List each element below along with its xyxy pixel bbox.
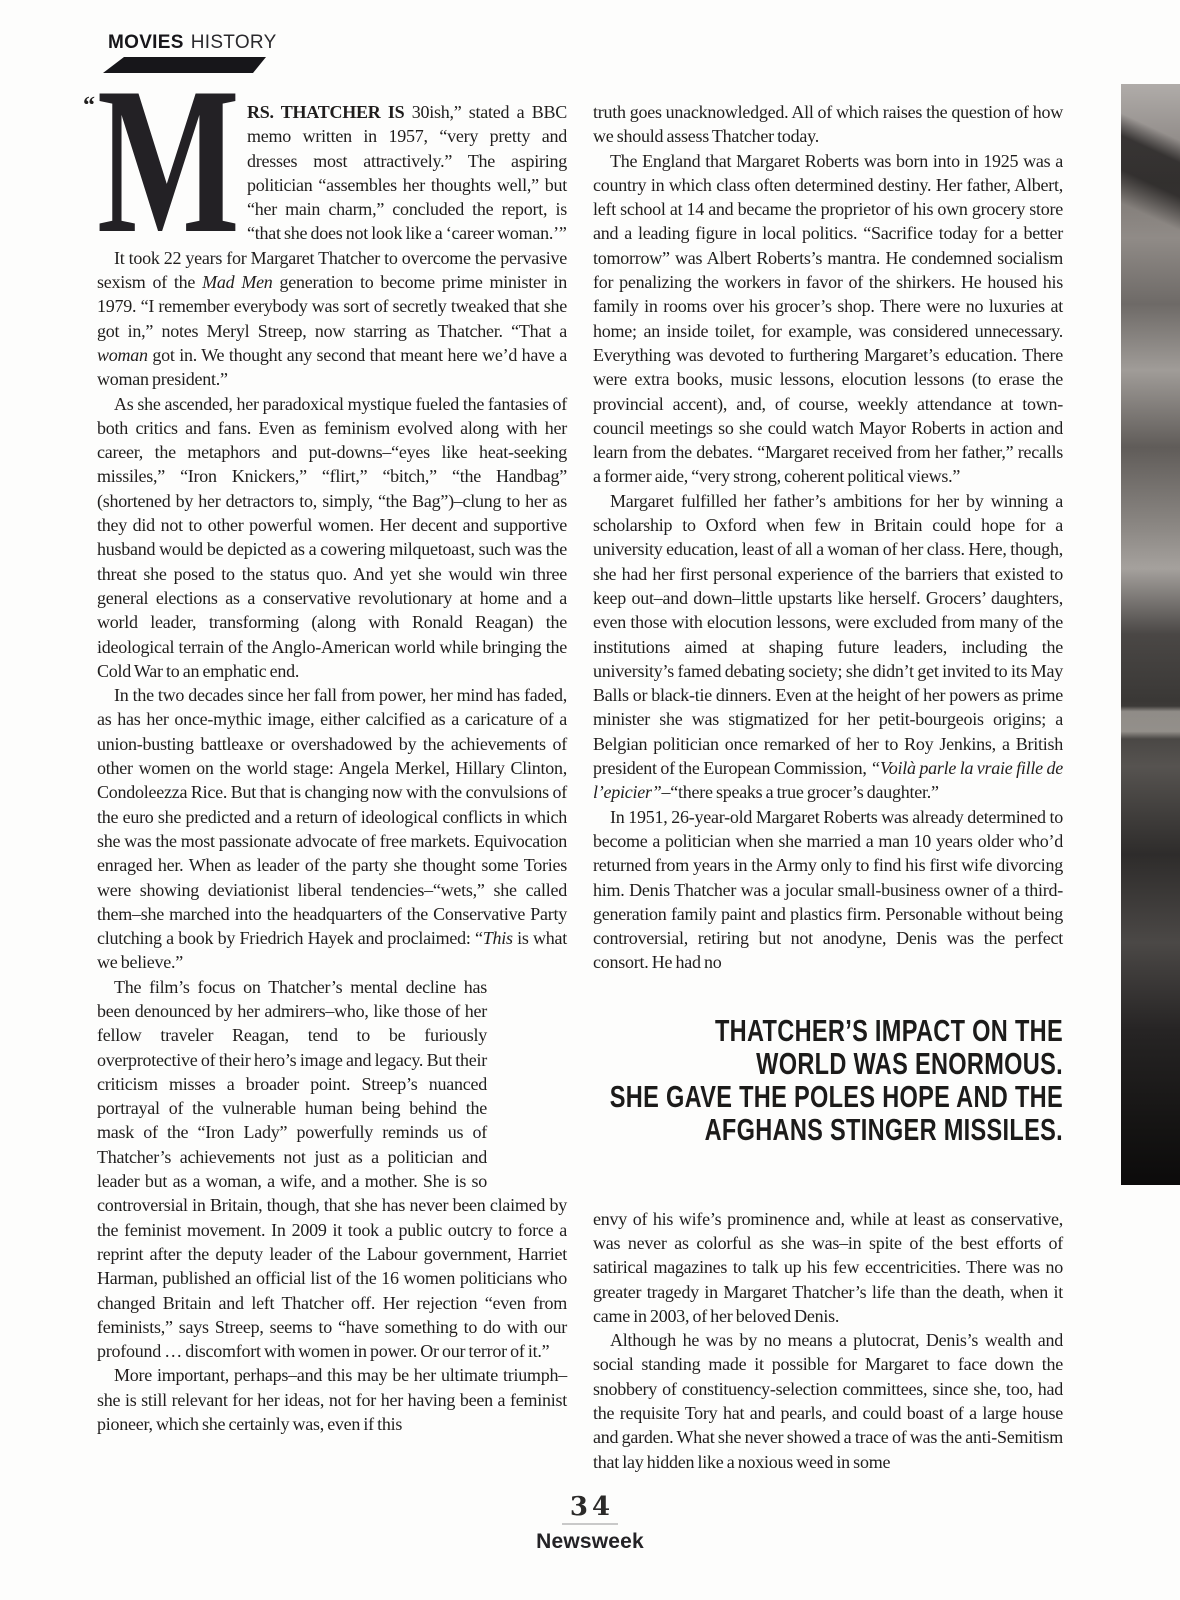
dropcap: M (97, 102, 235, 223)
body-paragraph: truth goes unacknowledged. All of which … (593, 100, 1063, 149)
edge-photo (1121, 84, 1180, 1185)
page-footer: 34 Newsweek (0, 1494, 1180, 1554)
body-paragraph: envy of his wife’s prominence and, while… (593, 1207, 1063, 1328)
body-paragraph: The England that Margaret Roberts was bo… (593, 149, 1063, 489)
body-paragraph: In 1951, 26-year-old Margaret Roberts wa… (593, 805, 1063, 975)
body-paragraph: More important, perhaps–and this may be … (97, 1363, 567, 1436)
body-paragraph: Although he was by no means a plutocrat,… (593, 1328, 1063, 1474)
column-left: “ MRS. THATCHER IS 30ish,” stated a BBC … (97, 100, 567, 1436)
magazine-page: MOVIESHISTORY “ MRS. THATCHER IS 30ish,”… (0, 0, 1180, 1600)
dropcap-letter: M (97, 56, 240, 266)
magazine-name: Newsweek (0, 1530, 1180, 1554)
body-paragraph: As she ascended, her paradoxical mystiqu… (97, 392, 567, 684)
page-number: 34 (562, 1494, 618, 1525)
lead-paragraph: MRS. THATCHER IS 30ish,” stated a BBC me… (97, 100, 567, 246)
body-paragraph: Margaret fulfilled her father’s ambition… (593, 489, 1063, 805)
pull-quote: THATCHER’S IMPACT ON THEWORLD WAS ENORMO… (508, 1014, 1063, 1146)
lead-text: RS. THATCHER IS 30ish,” stated a BBC mem… (247, 102, 567, 243)
column-right: truth goes unacknowledged. All of which … (593, 100, 1063, 1474)
body-paragraph: In the two decades since her fall from p… (97, 683, 567, 975)
open-quote-mark: “ (83, 94, 95, 118)
